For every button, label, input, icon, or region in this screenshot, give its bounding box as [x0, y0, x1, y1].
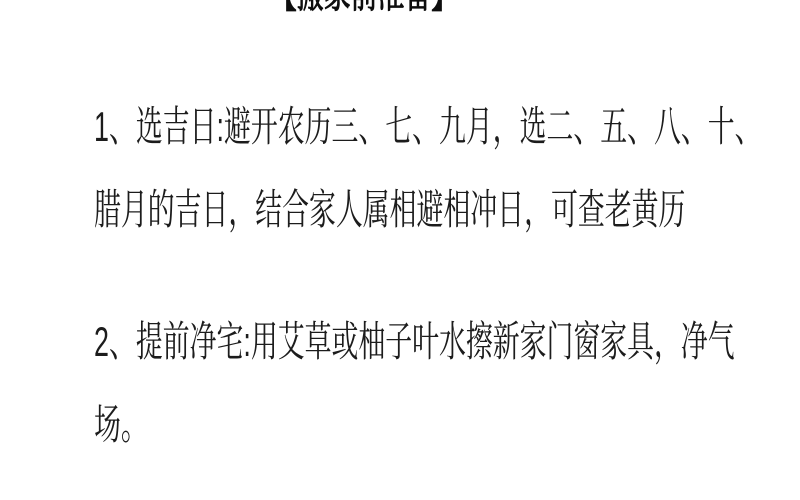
tip-1-line-1: 1、选吉日:避开农历三、七、九月，选二、五、八、十、 [94, 85, 546, 168]
page-title: 【搬家前准备】 [0, 0, 728, 14]
tip-2-line-1: 2、提前净宅:用艾草或柚子叶水擦新家门窗家具，净气 [94, 300, 546, 383]
tip-item-2: 2、提前净宅:用艾草或柚子叶水擦新家门窗家具，净气 场。 [94, 300, 800, 466]
tip-2-line-2: 场。 [94, 383, 546, 466]
page-title-text: 【搬家前准备】 [270, 0, 458, 14]
tip-item-1: 1、选吉日:避开农历三、七、九月，选二、五、八、十、 腊月的吉日，结合家人属相避… [94, 85, 800, 251]
document-page: 【搬家前准备】 1、选吉日:避开农历三、七、九月，选二、五、八、十、 腊月的吉日… [0, 0, 800, 500]
tip-1-line-2: 腊月的吉日，结合家人属相避相冲日，可查老黄历 [94, 168, 546, 251]
